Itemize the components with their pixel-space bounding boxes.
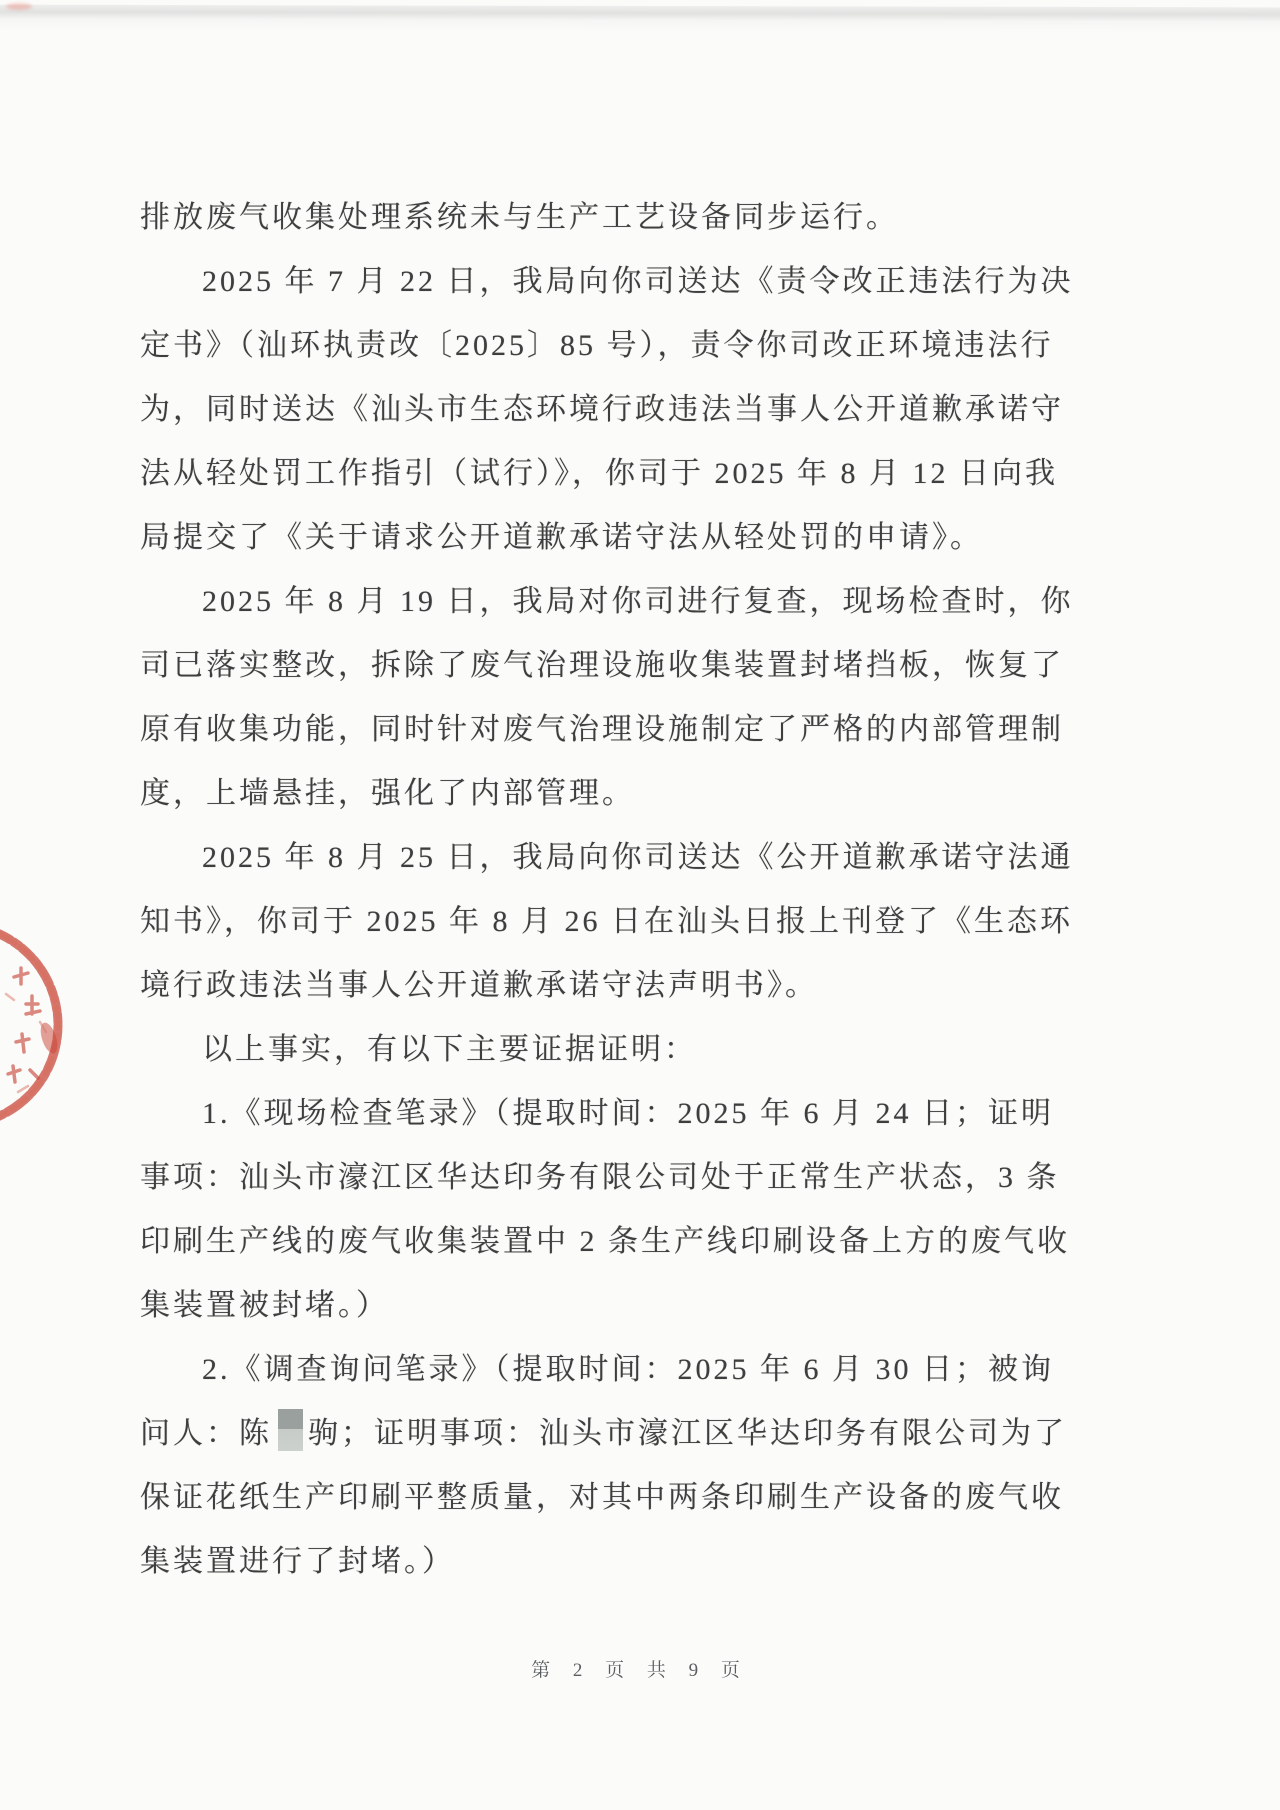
text-block: 排放废气收集处理系统未与生产工艺设备同步运行。2025 年 7 月 22 日，我…: [140, 186, 1130, 1594]
document-page: 排放废气收集处理系统未与生产工艺设备同步运行。2025 年 7 月 22 日，我…: [0, 0, 1280, 1810]
document-line: 2025 年 7 月 22 日，我局向你司送达《责令改正违法行为决: [140, 250, 1130, 314]
official-seal-stamp: [0, 922, 72, 1132]
redaction-box: [278, 1409, 303, 1451]
document-line: 集装置被封堵。）: [140, 1274, 1130, 1338]
page-number-footer: 第 2 页 共 9 页: [0, 1655, 1280, 1682]
document-line: 问人：陈驹；证明事项：汕头市濠江区华达印务有限公司为了: [140, 1402, 1130, 1466]
document-line: 排放废气收集处理系统未与生产工艺设备同步运行。: [140, 186, 1130, 250]
document-line: 2025 年 8 月 19 日，我局对你司进行复查，现场检查时，你: [140, 570, 1130, 634]
line-text: 驹；证明事项：汕头市濠江区华达印务有限公司为了: [308, 1417, 1067, 1450]
document-line: 2025 年 8 月 25 日，我局向你司送达《公开道歉承诺守法通: [140, 826, 1130, 890]
document-line: 事项：汕头市濠江区华达印务有限公司处于正常生产状态，3 条: [140, 1146, 1130, 1210]
document-line: 以上事实，有以下主要证据证明：: [140, 1018, 1130, 1082]
document-line: 原有收集功能，同时针对废气治理设施制定了严格的内部管理制: [140, 698, 1130, 762]
document-line: 为，同时送达《汕头市生态环境行政违法当事人公开道歉承诺守: [140, 378, 1130, 442]
document-line: 境行政违法当事人公开道歉承诺守法声明书》。: [140, 954, 1130, 1018]
document-line: 定书》（汕环执责改〔2025〕85 号），责令你司改正环境违法行: [140, 314, 1130, 378]
scan-edge-shadow: [0, 5, 1280, 34]
document-line: 印刷生产线的废气收集装置中 2 条生产线印刷设备上方的废气收: [140, 1210, 1130, 1274]
document-line: 1.《现场检查笔录》（提取时间：2025 年 6 月 24 日；证明: [140, 1082, 1130, 1146]
line-text: 问人：陈: [140, 1417, 272, 1450]
scan-red-speck: [6, 3, 32, 10]
document-line: 司已落实整改，拆除了废气治理设施收集装置封堵挡板，恢复了: [140, 634, 1130, 698]
document-line: 局提交了《关于请求公开道歉承诺守法从轻处罚的申请》。: [140, 506, 1130, 570]
document-line: 法从轻处罚工作指引（试行）》，你司于 2025 年 8 月 12 日向我: [140, 442, 1130, 506]
document-line: 保证花纸生产印刷平整质量，对其中两条印刷生产设备的废气收: [140, 1466, 1130, 1530]
document-line: 2.《调查询问笔录》（提取时间：2025 年 6 月 30 日；被询: [140, 1338, 1130, 1402]
document-line: 知书》，你司于 2025 年 8 月 26 日在汕头日报上刊登了《生态环: [140, 890, 1130, 954]
document-line: 度，上墙悬挂，强化了内部管理。: [140, 762, 1130, 826]
document-line: 集装置进行了封堵。）: [140, 1530, 1130, 1594]
